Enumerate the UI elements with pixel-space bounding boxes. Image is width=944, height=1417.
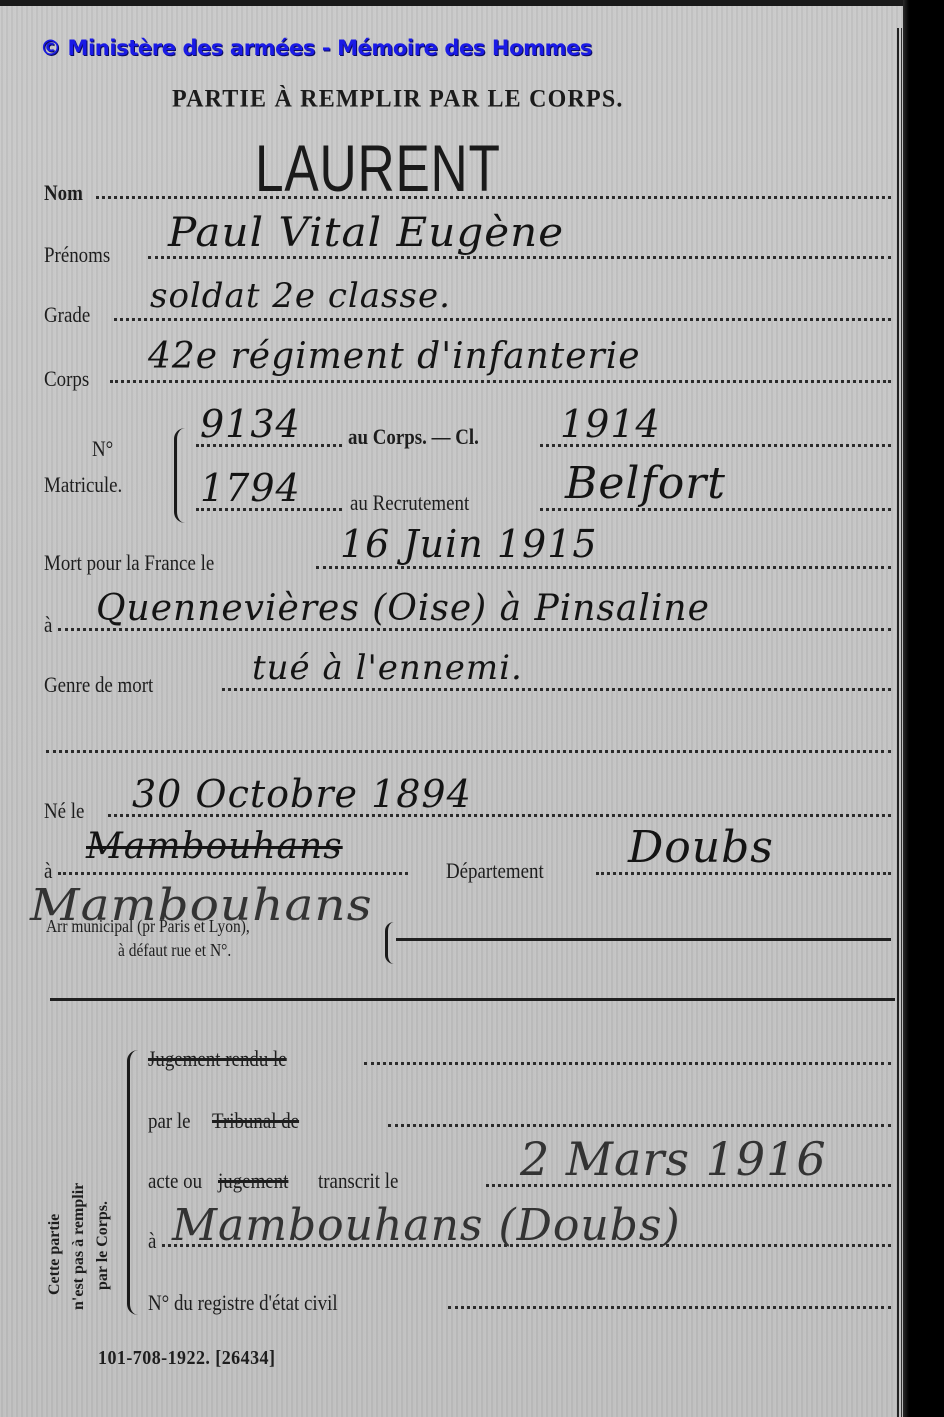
label-genre-de-mort: Genre de mort [44, 672, 153, 698]
label-acte-ou: acte ou [148, 1168, 202, 1194]
line-tribunal [388, 1124, 891, 1127]
value-prenoms: Paul Vital Eugène [168, 210, 564, 256]
value-grade: soldat 2e classe. [150, 276, 451, 316]
label-no: N° [92, 436, 113, 462]
side-note-line-3: par le Corps. [94, 1201, 112, 1290]
value-matricule-corps: 9134 [200, 402, 301, 446]
line-grade [114, 318, 891, 321]
value-date-mort: 16 Juin 1915 [340, 522, 598, 566]
label-par-le: par le [148, 1108, 191, 1134]
label-tribunal-struck: Tribunal de [212, 1108, 299, 1134]
line-registre [448, 1306, 891, 1309]
side-note-line-2: n'est pas à remplir [70, 1183, 88, 1310]
scan-border-right [903, 0, 944, 1417]
label-au-corps-classe: au Corps. — Cl. [348, 424, 479, 450]
card-border-right [897, 28, 899, 1417]
line-blank [46, 750, 891, 753]
label-ne-le: Né le [44, 798, 84, 824]
scan-border-top [0, 0, 944, 6]
value-recrutement-place: Belfort [565, 458, 726, 509]
value-classe: 1914 [560, 402, 661, 446]
line-mort [316, 566, 891, 569]
value-matricule-recrutement: 1794 [200, 466, 301, 510]
label-nom: Nom [44, 180, 83, 206]
arrondissement-brace [385, 922, 394, 964]
value-lieu-naissance-struck: Mambouhans [86, 826, 343, 867]
side-note-line-1: Cette partie [46, 1214, 64, 1295]
copyright-watermark: © Ministère des armées - Mémoire des Hom… [40, 36, 592, 60]
form-reference: 101-708-1922. [26434] [98, 1347, 275, 1370]
value-date-naissance: 30 Octobre 1894 [132, 772, 472, 816]
line-jugement [364, 1062, 891, 1065]
value-corps: 42e régiment d'infanterie [148, 336, 641, 377]
line-corps [110, 380, 891, 383]
value-lieu-mort: Quennevières (Oise) à Pinsaline [96, 588, 710, 629]
label-corps: Corps [44, 366, 89, 392]
matricule-brace [174, 428, 185, 523]
label-arrondissement-2: à défaut rue et N°. [118, 940, 231, 961]
civil-section-brace [127, 1050, 138, 1315]
label-lieu-mort: à [44, 612, 52, 638]
line-prenoms [148, 256, 891, 259]
label-arrondissement-1: Arr municipal (pr Paris et Lyon), [46, 916, 250, 937]
value-genre-de-mort: tué à l'ennemi. [252, 648, 523, 688]
label-departement: Département [446, 858, 544, 884]
label-grade: Grade [44, 302, 90, 328]
value-date-transcription: 2 Mars 1916 [520, 1132, 827, 1186]
line-genre-de-mort [222, 688, 891, 691]
label-au-recrutement: au Recrutement [350, 490, 469, 516]
label-jugement-struck: jugement [218, 1168, 288, 1194]
value-nom: LAURENT [255, 130, 501, 206]
label-mort-pour-la-france: Mort pour la France le [44, 550, 214, 576]
label-matricule: Matricule. [44, 472, 122, 498]
label-transcrit-le: transcrit le [318, 1168, 398, 1194]
label-prenoms: Prénoms [44, 242, 110, 268]
side-note: Cette partie n'est pas à remplir par le … [42, 1095, 132, 1295]
label-jugement: Jugement rendu le [148, 1046, 287, 1072]
card-border-right-inner [901, 28, 902, 1417]
value-lieu-transcription: Mambouhans (Doubs) [172, 1200, 681, 1251]
form-heading: PARTIE À REMPLIR PAR LE CORPS. [172, 85, 624, 113]
value-departement: Doubs [628, 822, 774, 873]
label-registre: N° du registre d'état civil [148, 1290, 338, 1316]
line-arrondissement [396, 938, 891, 941]
label-lieu-transcription: à [148, 1228, 156, 1254]
line-lieu-naissance [58, 872, 408, 875]
section-divider [50, 998, 895, 1001]
